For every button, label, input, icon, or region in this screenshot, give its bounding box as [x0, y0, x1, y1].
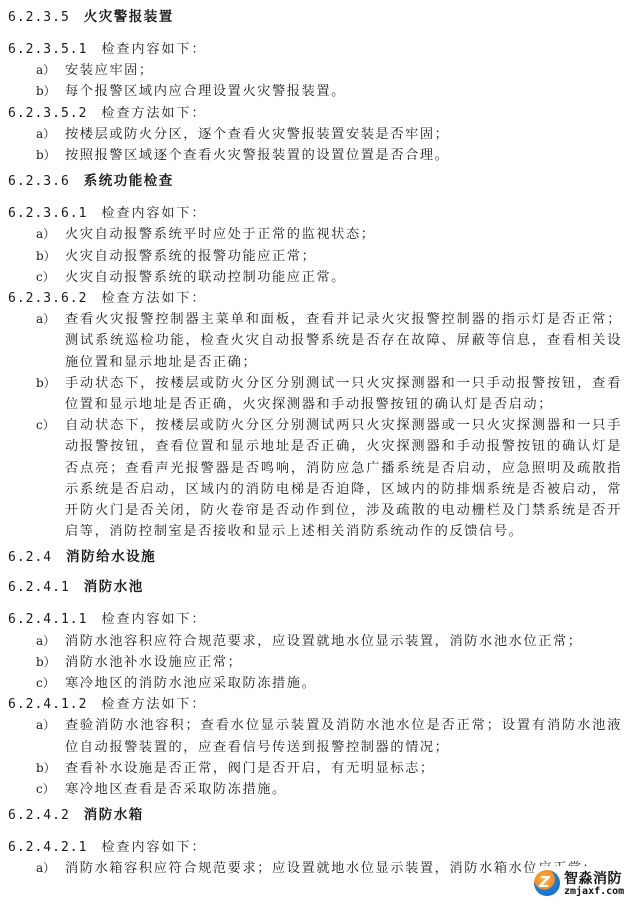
item-label: c） — [36, 673, 55, 694]
item-label: a） — [36, 60, 55, 81]
clause-number: 6.2.3.5.2 — [8, 106, 87, 121]
section-heading: 6.2.3.6系统功能检查 — [0, 171, 634, 203]
clause-heading: 6.2.3.5.2检查方法如下： — [0, 103, 634, 124]
section-heading: 6.2.3.5火灾警报装置 — [0, 7, 634, 39]
list-item: c）火灾自动报警系统的联动控制功能应正常。 — [0, 267, 634, 288]
clause-heading: 6.2.4.1.2检查方法如下： — [0, 694, 634, 715]
clause-number: 6.2.3.5.1 — [8, 42, 87, 57]
section-number: 6.2.4.2 — [8, 808, 70, 823]
clause-text: 检查内容如下： — [101, 42, 206, 57]
clause-number: 6.2.4.2.1 — [8, 840, 87, 855]
watermark: Z 智淼消防 zmjaxf.com — [534, 866, 634, 902]
item-text: 安装应牢固； — [65, 60, 622, 81]
watermark-url: zmjaxf.com — [564, 886, 624, 897]
item-text: 手动状态下，按楼层或防火分区分别测试一只火灾探测器和一只手动报警按钮，查看位置和… — [65, 373, 622, 415]
item-text: 查看补水设施是否正常，阀门是否开启，有无明显标志； — [65, 758, 622, 779]
item-text: 火灾自动报警系统的报警功能应正常； — [65, 246, 622, 267]
list-item: c）寒冷地区的消防水池应采取防冻措施。 — [0, 673, 634, 694]
list-item: b）按照报警区域逐个查看火灾警报装置的设置位置是否合理。 — [0, 145, 634, 166]
item-label: b） — [36, 652, 56, 673]
item-text: 按楼层或防火分区，逐个查看火灾警报装置安装是否牢固； — [65, 124, 622, 145]
item-label: c） — [36, 779, 55, 800]
list-item: a）按楼层或防火分区，逐个查看火灾警报装置安装是否牢固； — [0, 124, 634, 145]
list-item: b）火灾自动报警系统的报警功能应正常； — [0, 246, 634, 267]
item-label: b） — [36, 758, 56, 779]
clause-number: 6.2.4.1.2 — [8, 697, 87, 712]
clause-heading: 6.2.3.6.1检查内容如下： — [0, 203, 634, 224]
clause-heading: 6.2.3.5.1检查内容如下： — [0, 39, 634, 60]
item-label: a） — [36, 631, 55, 652]
item-label: c） — [36, 415, 55, 436]
list-item: c）自动状态下，按楼层或防火分区分别测试两只火灾探测器或一只火灾探测器和一只手动… — [0, 415, 634, 542]
clause-text: 检查方法如下： — [101, 291, 206, 306]
section-title: 消防水箱 — [84, 807, 144, 823]
list-item: b）每个报警区域内应合理设置火灾警报装置。 — [0, 81, 634, 102]
item-label: b） — [36, 145, 56, 166]
list-item: c）寒冷地区查看是否采取防冻措施。 — [0, 779, 634, 800]
item-label: a） — [36, 715, 55, 736]
logo-glyph: Z — [539, 873, 550, 891]
item-text: 自动状态下，按楼层或防火分区分别测试两只火灾探测器或一只火灾探测器和一只手动报警… — [65, 415, 622, 542]
section-title: 火灾警报装置 — [84, 9, 174, 25]
item-text: 寒冷地区的消防水池应采取防冻措施。 — [65, 673, 622, 694]
section-number: 6.2.4.1 — [8, 580, 70, 595]
clause-text: 检查方法如下： — [101, 106, 206, 121]
clause-heading: 6.2.3.6.2检查方法如下： — [0, 288, 634, 309]
list-item: a）消防水池容积应符合规范要求，应设置就地水位显示装置，消防水池水位正常； — [0, 631, 634, 652]
section-heading: 6.2.4.2消防水箱 — [0, 805, 634, 837]
item-label: a） — [36, 309, 55, 330]
clause-number: 6.2.3.6.2 — [8, 291, 87, 306]
item-label: b） — [36, 373, 56, 394]
item-label: a） — [36, 858, 55, 879]
clause-text: 检查内容如下： — [101, 612, 206, 627]
clause-text: 检查方法如下： — [101, 697, 206, 712]
item-label: b） — [36, 81, 56, 102]
clause-number: 6.2.3.6.1 — [8, 206, 87, 221]
section-title: 消防水池 — [84, 579, 144, 595]
item-text: 火灾自动报警系统的联动控制功能应正常。 — [65, 267, 622, 288]
list-item: b）手动状态下，按楼层或防火分区分别测试一只火灾探测器和一只手动报警按钮，查看位… — [0, 373, 634, 415]
item-text: 查看火灾报警控制器主菜单和面板，查看并记录火灾报警控制器的指示灯是否正常；测试系… — [65, 309, 622, 373]
section-title: 消防给水设施 — [66, 549, 156, 565]
list-item: a）查验消防水池容积；查看水位显示装置及消防水池水位是否正常；设置有消防水池液位… — [0, 715, 634, 757]
watermark-logo-icon: Z — [534, 870, 560, 896]
clause-heading: 6.2.4.2.1检查内容如下： — [0, 837, 634, 858]
list-item: b）查看补水设施是否正常，阀门是否开启，有无明显标志； — [0, 758, 634, 779]
clause-number: 6.2.4.1.1 — [8, 612, 87, 627]
item-text: 每个报警区域内应合理设置火灾警报装置。 — [65, 81, 622, 102]
document-body: 6.2.3.5火灾警报装置 6.2.3.5.1检查内容如下： a）安装应牢固； … — [0, 0, 634, 880]
item-text: 火灾自动报警系统平时应处于正常的监视状态； — [65, 224, 622, 245]
list-item: a）安装应牢固； — [0, 60, 634, 81]
section-number: 6.2.3.6 — [8, 174, 70, 189]
list-item: a）查看火灾报警控制器主菜单和面板，查看并记录火灾报警控制器的指示灯是否正常；测… — [0, 309, 634, 373]
list-item: b）消防水池补水设施应正常； — [0, 652, 634, 673]
item-text: 寒冷地区查看是否采取防冻措施。 — [65, 779, 622, 800]
item-label: a） — [36, 224, 55, 245]
item-label: c） — [36, 267, 55, 288]
item-label: b） — [36, 246, 56, 267]
list-item: a）火灾自动报警系统平时应处于正常的监视状态； — [0, 224, 634, 245]
watermark-name: 智淼消防 — [564, 868, 622, 888]
clause-text: 检查内容如下： — [101, 206, 206, 221]
section-number: 6.2.4 — [8, 550, 52, 565]
section-title: 系统功能检查 — [84, 173, 174, 189]
item-text: 查验消防水池容积；查看水位显示装置及消防水池水位是否正常；设置有消防水池液位自动… — [65, 715, 622, 757]
section-number: 6.2.3.5 — [8, 10, 70, 25]
item-text: 消防水池容积应符合规范要求，应设置就地水位显示装置，消防水池水位正常； — [65, 631, 622, 652]
item-text: 消防水池补水设施应正常； — [65, 652, 622, 673]
item-text: 按照报警区域逐个查看火灾警报装置的设置位置是否合理。 — [65, 145, 622, 166]
clause-text: 检查内容如下： — [101, 840, 206, 855]
item-label: a） — [36, 124, 55, 145]
section-heading: 6.2.4消防给水设施 — [0, 547, 634, 577]
clause-heading: 6.2.4.1.1检查内容如下： — [0, 609, 634, 630]
section-heading: 6.2.4.1消防水池 — [0, 577, 634, 609]
